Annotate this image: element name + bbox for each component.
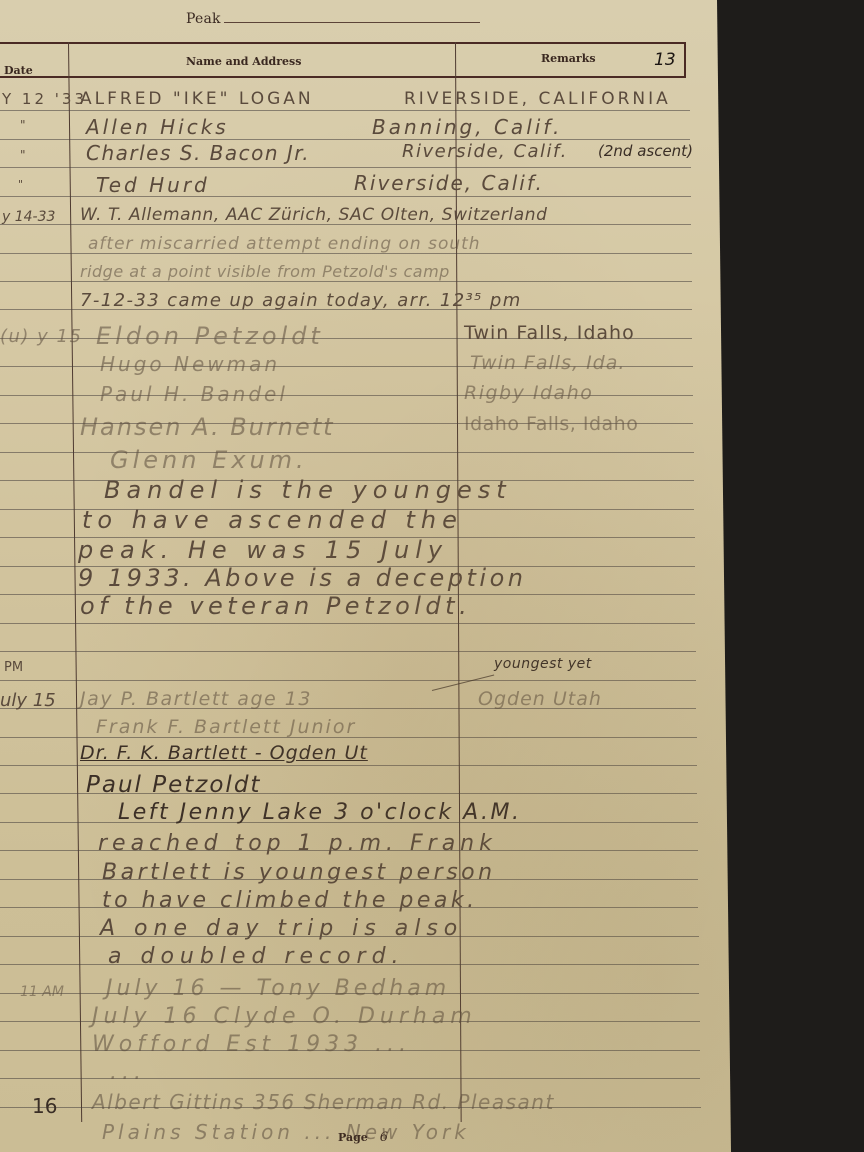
entry-note: of the veteran Petzoldt. [80,592,471,620]
entry-name: July 16 — Tony Bedham [106,976,450,1001]
entry-note: Left Jenny Lake 3 o'clock A.M. [118,800,522,825]
entry-name: Charles S. Bacon Jr. [86,141,310,165]
entry-remarks: (2nd ascent) [598,142,693,160]
entry-note: after miscarried attempt ending on south [88,234,481,254]
entry-note: 9 1933. Above is a deception [78,564,526,592]
entry-note: Bartlett is youngest person [102,860,496,885]
entry-date: " [20,148,27,162]
footer-page-number: 6 [380,1130,388,1145]
register-page: Peak Date Name and Address Remarks 13 Y … [0,0,731,1152]
entry-name: Paul H. Bandel [100,382,288,406]
entry-name: ... [110,1060,146,1085]
ruled-line [0,167,691,168]
entry-date: y 14-33 [2,209,55,225]
entry-name: Ted Hurd [96,173,210,197]
entry-date: 11 AM [20,984,64,1000]
entry-note: to have ascended the [82,506,463,534]
ruled-line [0,623,695,624]
entry-name: July 16 Clyde O. Durham [92,1004,477,1029]
entry-name: Frank F. Bartlett Junior [96,716,356,738]
column-header-name-address: Name and Address [186,55,301,68]
footer-page-text: Page [338,1131,368,1144]
entry-name: ALFRED "IKE" LOGAN [80,89,314,109]
entry-date: PM [4,660,23,675]
ruled-line [0,139,690,140]
ruled-line [0,680,696,681]
column-header-date: Date [4,64,33,77]
ruled-line [0,110,690,111]
peak-label: Peak [186,11,221,27]
ruled-line [0,1078,700,1079]
entry-date: " [20,118,27,132]
entry-date: " [18,178,25,191]
peak-blank-line [224,22,480,23]
entry-name: Jay P. Bartlett age 13 [80,688,312,710]
entry-address: Banning, Calif. [372,115,562,139]
footer-page-label: Page6 [338,1130,388,1145]
entry-name: W. T. Allemann, AAC Zürich, SAC Olten, S… [80,205,548,225]
column-header-remarks: Remarks [541,52,596,65]
entry-note: a doubled record. [108,944,405,969]
entry-note: A one day trip is also [100,916,463,941]
entry-address: RIVERSIDE, CALIFORNIA [404,89,671,109]
entry-name: Paul Petzoldt [86,772,261,798]
sheet-number: 13 [654,50,676,70]
entry-remarks: Ogden Utah [478,688,602,710]
entry-date: uly 15 [0,690,56,711]
entry-remarks: youngest yet [494,656,592,672]
ruled-line [0,281,692,282]
entry-note: peak. He was 15 July [78,536,448,564]
entry-name: Hansen A. Burnett [80,413,335,441]
entry-note: ridge at a point visible from Petzold's … [80,262,450,281]
entry-name: Glenn Exum. [110,446,308,474]
ruled-line [0,765,697,766]
entry-name: Wofford Est 1933 ... [92,1032,411,1057]
entry-remarks: Twin Falls, Ida. [470,352,625,374]
entry-name: Allen Hicks [86,115,229,139]
entry-name: Hugo Newman [100,352,280,376]
entry-name: Eldon Petzoldt [96,322,324,350]
entry-address: Riverside, Calif. [402,141,568,162]
entry-remarks: Twin Falls, Idaho [464,322,635,344]
entry-name: Albert Gittins 356 Sherman Rd. Pleasant [92,1090,555,1114]
entry-address: Riverside, Calif. [354,171,544,195]
entry-date: (u) y 15 [0,326,82,347]
entry-note: Bandel is the youngest [104,476,512,504]
entry-note: to have climbed the peak. [102,888,478,913]
entry-remarks: Idaho Falls, Idaho [464,413,638,435]
entry-date: Y 12 '33 [2,90,87,108]
ruled-line [0,651,696,652]
entry-note: 7-12-33 came up again today, arr. 12³⁵ p… [80,290,522,311]
entry-note: reached top 1 p.m. Frank [98,831,497,856]
entry-name: Dr. F. K. Bartlett - Ogden Ut [80,742,368,764]
ruled-line [0,452,694,453]
entry-name: Plains Station ... New York [102,1120,470,1144]
entry-remarks: Rigby Idaho [464,382,593,404]
entry-date: 16 [32,1094,57,1118]
